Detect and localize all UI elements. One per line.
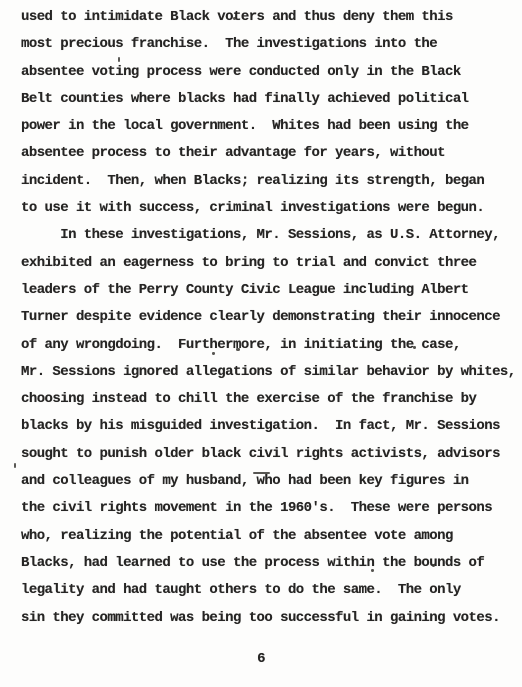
scan-artifact-dot: [118, 57, 120, 62]
text-line: of any wrongdoing. Furthermore, in initi…: [21, 332, 516, 359]
text-line: Blacks, had learned to use the process w…: [21, 550, 516, 577]
text-line: incident. Then, when Blacks; realizing i…: [21, 168, 516, 195]
scan-artifact-dot: [233, 17, 236, 20]
text-line: sought to punish older black civil right…: [21, 441, 516, 468]
text-line: exhibited an eagerness to bring to trial…: [21, 250, 516, 277]
text-line: sin they committed was being too success…: [21, 605, 516, 632]
text-line: Turner despite evidence clearly demonstr…: [21, 304, 516, 331]
text-line: most precious franchise. The investigati…: [21, 31, 516, 58]
text-line: who, realizing the potential of the abse…: [21, 523, 516, 550]
page-number: 6: [0, 646, 522, 673]
text-line: In these investigations, Mr. Sessions, a…: [21, 222, 516, 249]
text-line: absentee voting process were conducted o…: [21, 59, 516, 86]
text-line: Mr. Sessions ignored allegations of simi…: [21, 359, 516, 386]
text-line: blacks by his misguided investigation. I…: [21, 413, 516, 440]
text-line: Belt counties where blacks had finally a…: [21, 86, 516, 113]
text-line: to use it with success, criminal investi…: [21, 195, 516, 222]
text-line: power in the local government. Whites ha…: [21, 113, 516, 140]
scan-artifact-bar: [253, 472, 270, 474]
text-line: leaders of the Perry County Civic League…: [21, 277, 516, 304]
text-line: absentee process to their advantage for …: [21, 140, 516, 167]
scan-artifact-dot: [236, 348, 240, 351]
text-line: used to intimidate Black voters and thus…: [21, 4, 516, 31]
letter-body: used to intimidate Black voters and thus…: [21, 4, 516, 632]
text-line: choosing instead to chill the exercise o…: [21, 386, 516, 413]
scan-artifact-dot: [413, 346, 416, 349]
text-line: legality and had taught others to do the…: [21, 577, 516, 604]
scan-artifact-dot: [212, 352, 215, 355]
scan-artifact-dot: [371, 569, 374, 572]
scan-artifact-dot: [14, 463, 16, 468]
document-page: used to intimidate Black voters and thus…: [0, 0, 522, 687]
scan-artifact-dot: [432, 564, 435, 567]
text-line: the civil rights movement in the 1960's.…: [21, 495, 516, 522]
